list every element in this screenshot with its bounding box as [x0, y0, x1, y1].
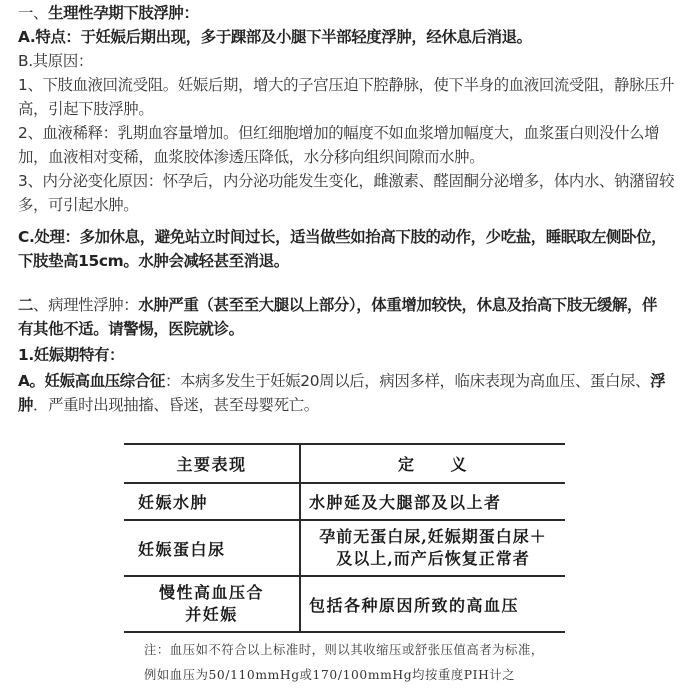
cause2-line1: 2、血液稀释：乳期血容量增加。但红细胞增加的幅度不如血浆增加幅度大，血浆蛋白则没…	[18, 121, 659, 145]
cause3-line1: 3、内分泌变化原因：怀孕后，内分泌功能发生变化，雌激素、醛固酮分泌增多，体内水、…	[18, 169, 674, 193]
section2-heading-line2: 有其他不适。请警惕，医院就诊。	[18, 317, 244, 341]
table-cell-term: 慢性高血压合 并妊娠	[124, 576, 300, 632]
section1-heading-text: 生理性孕期下肢浮肿：	[48, 4, 198, 22]
section1-feature-line: A.特点：于妊娠后期出现，多于踝部及小腿下半部轻度浮肿，经休息后消退。	[18, 25, 532, 49]
section1-heading: 一、生理性孕期下肢浮肿：	[18, 1, 199, 25]
definition-line1: 孕前无蛋白尿,妊娠期蛋白尿＋	[301, 526, 565, 548]
term-line2: 并妊娠	[124, 604, 299, 626]
pih-line1: A。妊娠高血压综合征：本病多发生于妊娠20周以后，病因多样，临床表现为高血压、蛋…	[18, 369, 665, 393]
section2-heading-mid: 、病理性浮肿：	[33, 296, 138, 314]
treatment-line1: C.处理：多加休息，避免站立时间过长，适当做些如抬高下肢的动作，少吃盐，睡眠取左…	[18, 225, 666, 249]
table-header-row: 主要表现 定 义	[124, 444, 565, 483]
pih-text: ：本病多发生于妊娠20周以后，病因多样，临床表现为高血压、蛋白尿、	[165, 372, 650, 390]
table-note-line1: 注：血压如不符合以上标准时，则以其收缩压或舒张压值高者为标准，	[144, 640, 544, 658]
cause2-line2: 加，血液相对变稀，血浆胶体渗透压降低，水分移向组织间隙而水肿。	[18, 145, 484, 169]
pih-bold-end: 浮	[650, 372, 665, 390]
table-header-definition: 定 义	[300, 444, 565, 483]
section2-sub1: 1.妊娠期特有：	[18, 343, 124, 367]
pih-line2: 肿．严重时出现抽搐、昏迷，甚至母婴死亡。	[18, 393, 319, 417]
table-row: 妊娠蛋白尿 孕前无蛋白尿,妊娠期蛋白尿＋ 及以上,而产后恢复正常者	[124, 520, 565, 576]
section2-heading: 二、病理性浮肿：水肿严重（甚至至大腿以上部分），体重增加较快，休息及抬高下肢无缓…	[18, 293, 657, 317]
table-row: 慢性高血压合 并妊娠 包括各种原因所致的高血压	[124, 576, 565, 632]
pih-line2-bold: 肿	[18, 396, 33, 414]
cause1-line1: 1、下肢血液回流受阻。妊娠后期，增大的子宫压迫下腔静脉，使下半身的血液回流受阻，…	[18, 73, 674, 97]
table-cell-term: 妊娠蛋白尿	[124, 520, 300, 576]
term-line1: 慢性高血压合	[124, 582, 299, 604]
section1-causes-label: B.其原因：	[18, 49, 93, 73]
cause3-line2: 多，可引起水肿。	[18, 193, 138, 217]
cause1-line2: 高，引起下肢浮肿。	[18, 97, 153, 121]
table-cell-term: 妊娠水肿	[124, 483, 300, 520]
table-cell-definition: 包括各种原因所致的高血压	[300, 576, 565, 632]
table-header-term: 主要表现	[124, 444, 300, 483]
treatment-line2: 下肢垫高15cm。水肿会减轻甚至消退。	[18, 249, 289, 273]
table-cell-definition: 孕前无蛋白尿,妊娠期蛋白尿＋ 及以上,而产后恢复正常者	[300, 520, 565, 576]
table-cell-definition: 水肿延及大腿部及以上者	[300, 483, 565, 520]
pih-title: A。妊娠高血压综合征	[18, 372, 165, 390]
table-row: 妊娠水肿 水肿延及大腿部及以上者	[124, 483, 565, 520]
definition-line2: 及以上,而产后恢复正常者	[301, 548, 565, 570]
table-note-line2: 例如血压为50/110mmHg或170/100mmHg均按重度PIH计之	[144, 665, 515, 683]
section2-heading-rest: 水肿严重（甚至至大腿以上部分），体重增加较快，休息及抬高下肢无缓解，伴	[138, 296, 657, 314]
pih-table: 主要表现 定 义 妊娠水肿 水肿延及大腿部及以上者 妊娠蛋白尿 孕前无蛋白尿,妊…	[124, 443, 565, 633]
section1-heading-prefix: 一、	[18, 4, 48, 22]
section2-heading-num: 二	[18, 296, 33, 314]
pih-line2-text: ．严重时出现抽搐、昏迷，甚至母婴死亡。	[33, 396, 319, 414]
